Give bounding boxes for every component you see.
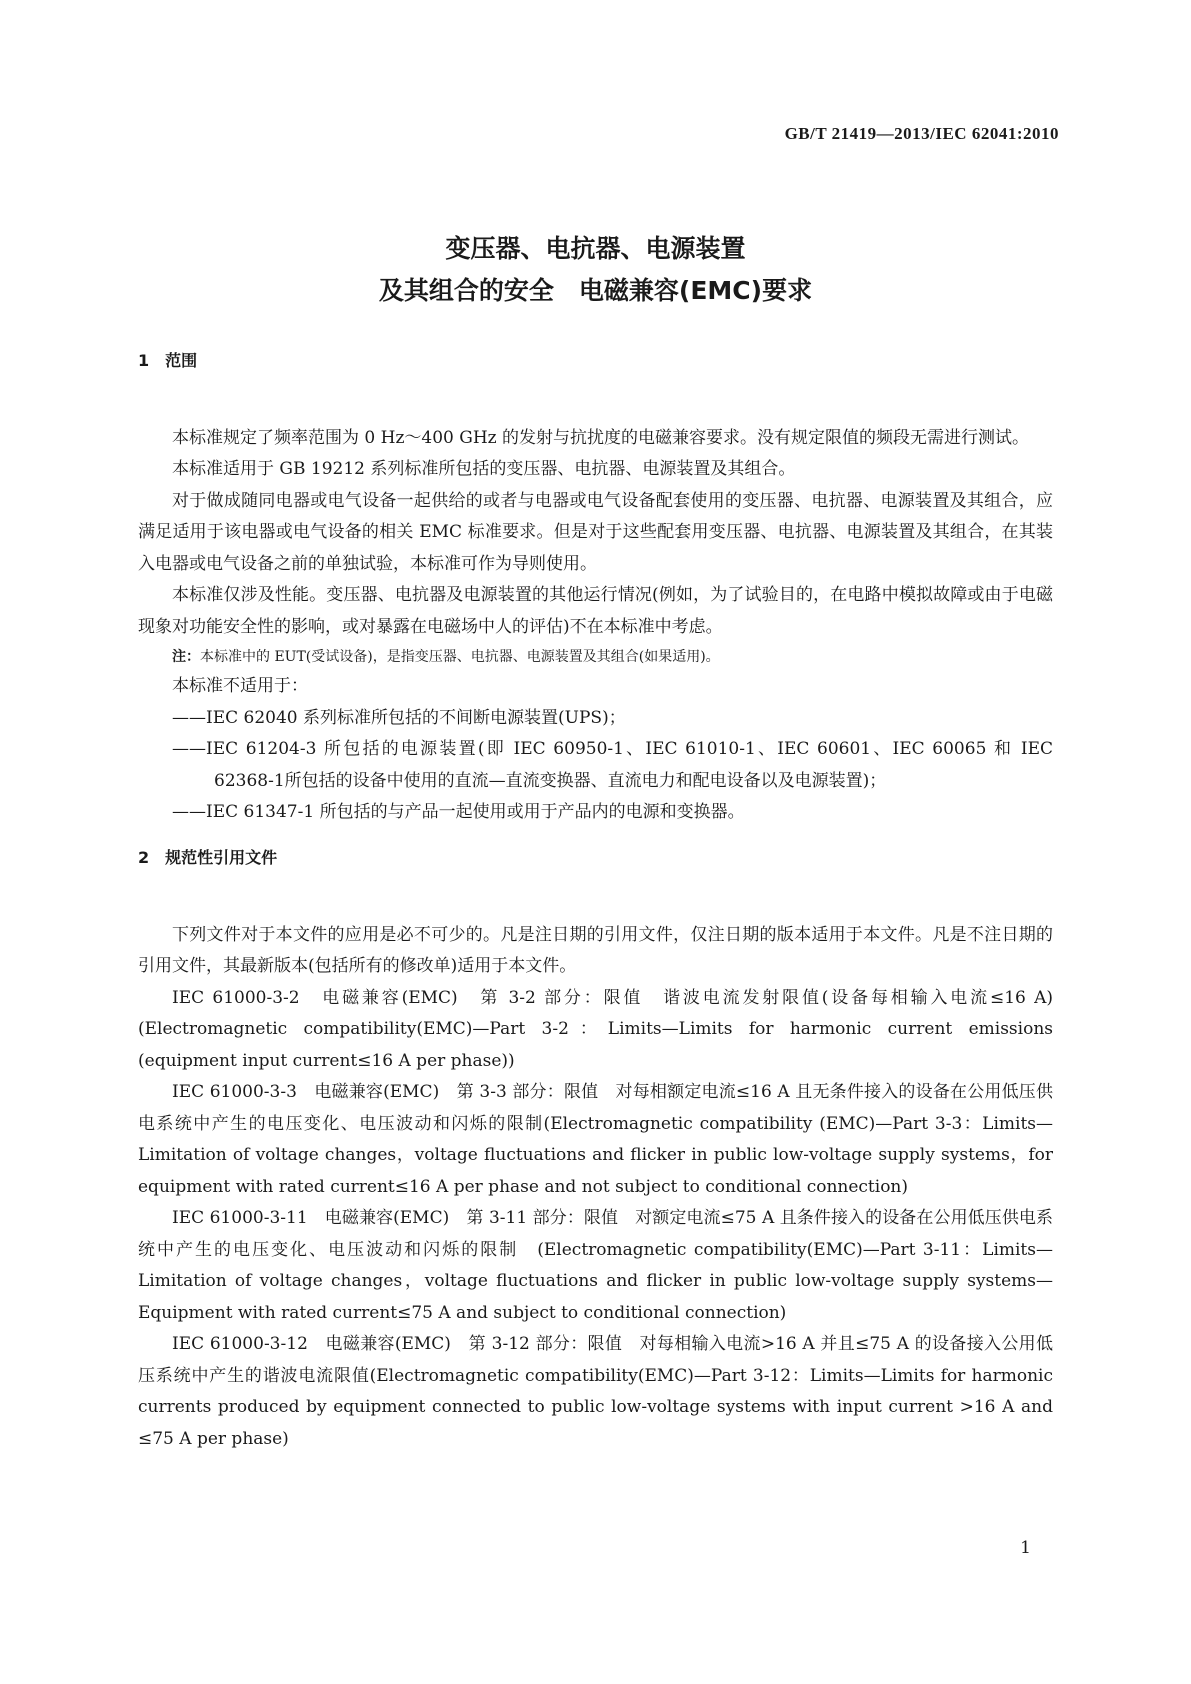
note-label: 注： <box>172 649 200 665</box>
section-1-heading: 1 范围 <box>138 345 1053 377</box>
document-title: 变压器、电抗器、电源装置 及其组合的安全 电磁兼容(EMC)要求 <box>0 228 1191 312</box>
reference-item: IEC 61000-3-3 电磁兼容(EMC) 第 3-3 部分：限值 对每相额… <box>138 1077 1053 1203</box>
title-line-2: 及其组合的安全 电磁兼容(EMC)要求 <box>0 270 1191 312</box>
reference-item: IEC 61000-3-12 电磁兼容(EMC) 第 3-12 部分：限值 对每… <box>138 1329 1053 1455</box>
reference-item: IEC 61000-3-11 电磁兼容(EMC) 第 3-11 部分：限值 对额… <box>138 1203 1053 1329</box>
exclusion-item: ——IEC 62040 系列标准所包括的不间断电源装置(UPS)； <box>172 703 1053 735</box>
scope-note: 注：本标准中的 EUT(受试设备)，是指变压器、电抗器、电源装置及其组合(如果适… <box>138 643 1053 671</box>
exclusion-intro: 本标准不适用于： <box>138 671 1053 703</box>
scope-paragraph-4: 本标准仅涉及性能。变压器、电抗器及电源装置的其他运行情况(例如，为了试验目的，在… <box>138 580 1053 643</box>
exclusion-item: ——IEC 61347-1 所包括的与产品一起使用或用于产品内的电源和变换器。 <box>172 797 1053 829</box>
scope-paragraph-2: 本标准适用于 GB 19212 系列标准所包括的变压器、电抗器、电源装置及其组合… <box>138 454 1053 486</box>
scope-paragraph-1: 本标准规定了频率范围为 0 Hz～400 GHz 的发射与抗扰度的电磁兼容要求。… <box>138 423 1053 455</box>
exclusion-item: ——IEC 61204-3 所包括的电源装置(即 IEC 60950-1、IEC… <box>172 734 1053 797</box>
reference-item: IEC 61000-3-2 电磁兼容(EMC) 第 3-2 部分：限值 谐波电流… <box>138 983 1053 1078</box>
section-2-heading: 2 规范性引用文件 <box>138 842 1053 874</box>
references-intro: 下列文件对于本文件的应用是必不可少的。凡是注日期的引用文件，仅注日期的版本适用于… <box>138 920 1053 983</box>
page-number: 1 <box>1020 1538 1031 1558</box>
title-line-1: 变压器、电抗器、电源装置 <box>0 228 1191 270</box>
note-text: 本标准中的 EUT(受试设备)，是指变压器、电抗器、电源装置及其组合(如果适用)… <box>200 649 720 665</box>
scope-paragraph-3: 对于做成随同电器或电气设备一起供给的或者与电器或电气设备配套使用的变压器、电抗器… <box>138 486 1053 581</box>
section-normative-references: 2 规范性引用文件 下列文件对于本文件的应用是必不可少的。凡是注日期的引用文件，… <box>138 842 1053 1455</box>
standard-code: GB/T 21419—2013/IEC 62041:2010 <box>785 124 1059 144</box>
section-scope: 1 范围 本标准规定了频率范围为 0 Hz～400 GHz 的发射与抗扰度的电磁… <box>138 345 1053 829</box>
